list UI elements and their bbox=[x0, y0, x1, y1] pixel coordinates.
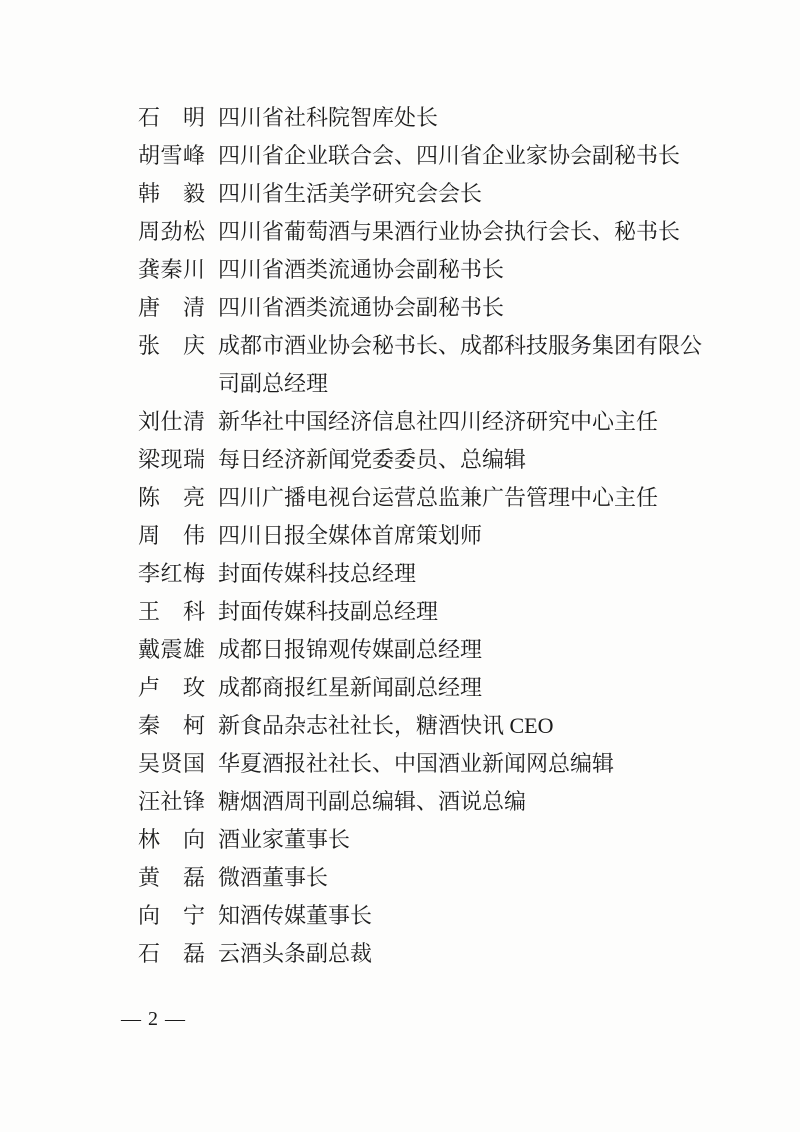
person-title: 每日经济新闻党委委员、总编辑 bbox=[218, 441, 708, 479]
roster-row: 石明 四川省社科院智库处长 bbox=[138, 99, 710, 137]
person-title: 四川日报全媒体首席策划师 bbox=[218, 517, 708, 555]
person-name: 张庆 bbox=[138, 327, 205, 365]
person-title: 酒业家董事长 bbox=[218, 821, 708, 859]
person-title: 四川省葡萄酒与果酒行业协会执行会长、秘书长 bbox=[218, 213, 708, 251]
roster-row: 周劲松 四川省葡萄酒与果酒行业协会执行会长、秘书长 bbox=[138, 213, 710, 251]
roster-row: 卢玫 成都商报红星新闻副总经理 bbox=[138, 669, 710, 707]
person-title: 新食品杂志社社长，糖酒快讯 CEO bbox=[218, 707, 708, 745]
person-title: 华夏酒报社社长、中国酒业新闻网总编辑 bbox=[218, 745, 708, 783]
roster-row: 吴贤国 华夏酒报社社长、中国酒业新闻网总编辑 bbox=[138, 745, 710, 783]
person-title: 新华社中国经济信息社四川经济研究中心主任 bbox=[218, 403, 708, 441]
person-name: 汪社锋 bbox=[138, 783, 205, 821]
person-name: 吴贤国 bbox=[138, 745, 205, 783]
person-name: 黄磊 bbox=[138, 859, 205, 897]
roster-row: 林向 酒业家董事长 bbox=[138, 821, 710, 859]
person-title: 四川省生活美学研究会会长 bbox=[218, 175, 708, 213]
roster-row: 向宁 知酒传媒董事长 bbox=[138, 897, 710, 935]
person-title: 四川省酒类流通协会副秘书长 bbox=[218, 251, 708, 289]
roster-row: 韩毅 四川省生活美学研究会会长 bbox=[138, 175, 710, 213]
person-name: 王科 bbox=[138, 593, 205, 631]
person-name: 韩毅 bbox=[138, 175, 205, 213]
person-name: 石磊 bbox=[138, 935, 205, 973]
roster-row: 汪社锋 糖烟酒周刊副总编辑、酒说总编 bbox=[138, 783, 710, 821]
person-name: 向宁 bbox=[138, 897, 205, 935]
person-title: 四川省社科院智库处长 bbox=[218, 99, 708, 137]
person-title: 四川省企业联合会、四川省企业家协会副秘书长 bbox=[218, 137, 708, 175]
person-name: 胡雪峰 bbox=[138, 137, 205, 175]
person-name: 陈亮 bbox=[138, 479, 205, 517]
person-name: 周劲松 bbox=[138, 213, 205, 251]
person-name: 秦柯 bbox=[138, 707, 205, 745]
roster-row: 周伟 四川日报全媒体首席策划师 bbox=[138, 517, 710, 555]
roster-row: 石磊 云酒头条副总裁 bbox=[138, 935, 710, 973]
person-title: 封面传媒科技副总经理 bbox=[218, 593, 708, 631]
roster-row: 胡雪峰 四川省企业联合会、四川省企业家协会副秘书长 bbox=[138, 137, 710, 175]
roster-row: 张庆 成都市酒业协会秘书长、成都科技服务集团有限公司副总经理 bbox=[138, 327, 710, 403]
person-name: 唐清 bbox=[138, 289, 205, 327]
person-title: 成都日报锦观传媒副总经理 bbox=[218, 631, 708, 669]
person-name: 周伟 bbox=[138, 517, 205, 555]
roster-row: 梁现瑞 每日经济新闻党委委员、总编辑 bbox=[138, 441, 710, 479]
roster-row: 王科 封面传媒科技副总经理 bbox=[138, 593, 710, 631]
roster-row: 龚秦川 四川省酒类流通协会副秘书长 bbox=[138, 251, 710, 289]
roster-row: 李红梅 封面传媒科技总经理 bbox=[138, 555, 710, 593]
roster-row: 刘仕清 新华社中国经济信息社四川经济研究中心主任 bbox=[138, 403, 710, 441]
person-name: 龚秦川 bbox=[138, 251, 205, 289]
person-title: 封面传媒科技总经理 bbox=[218, 555, 708, 593]
person-title: 知酒传媒董事长 bbox=[218, 897, 708, 935]
person-title: 四川广播电视台运营总监兼广告管理中心主任 bbox=[218, 479, 708, 517]
person-name: 刘仕清 bbox=[138, 403, 205, 441]
person-name: 石明 bbox=[138, 99, 205, 137]
person-title: 云酒头条副总裁 bbox=[218, 935, 708, 973]
roster-row: 唐清 四川省酒类流通协会副秘书长 bbox=[138, 289, 710, 327]
page-number: — 2 — bbox=[121, 1003, 186, 1035]
person-title: 成都商报红星新闻副总经理 bbox=[218, 669, 708, 707]
person-name: 林向 bbox=[138, 821, 205, 859]
person-title: 糖烟酒周刊副总编辑、酒说总编 bbox=[218, 783, 708, 821]
document-page: 石明 四川省社科院智库处长 胡雪峰 四川省企业联合会、四川省企业家协会副秘书长 … bbox=[0, 0, 800, 1132]
person-title: 微酒董事长 bbox=[218, 859, 708, 897]
person-name: 李红梅 bbox=[138, 555, 205, 593]
person-title: 成都市酒业协会秘书长、成都科技服务集团有限公司副总经理 bbox=[218, 327, 708, 403]
roster-list: 石明 四川省社科院智库处长 胡雪峰 四川省企业联合会、四川省企业家协会副秘书长 … bbox=[138, 99, 710, 973]
person-name: 卢玫 bbox=[138, 669, 205, 707]
roster-row: 陈亮 四川广播电视台运营总监兼广告管理中心主任 bbox=[138, 479, 710, 517]
person-name: 戴震雄 bbox=[138, 631, 205, 669]
roster-row: 黄磊 微酒董事长 bbox=[138, 859, 710, 897]
person-name: 梁现瑞 bbox=[138, 441, 205, 479]
roster-row: 戴震雄 成都日报锦观传媒副总经理 bbox=[138, 631, 710, 669]
roster-row: 秦柯 新食品杂志社社长，糖酒快讯 CEO bbox=[138, 707, 710, 745]
person-title: 四川省酒类流通协会副秘书长 bbox=[218, 289, 708, 327]
